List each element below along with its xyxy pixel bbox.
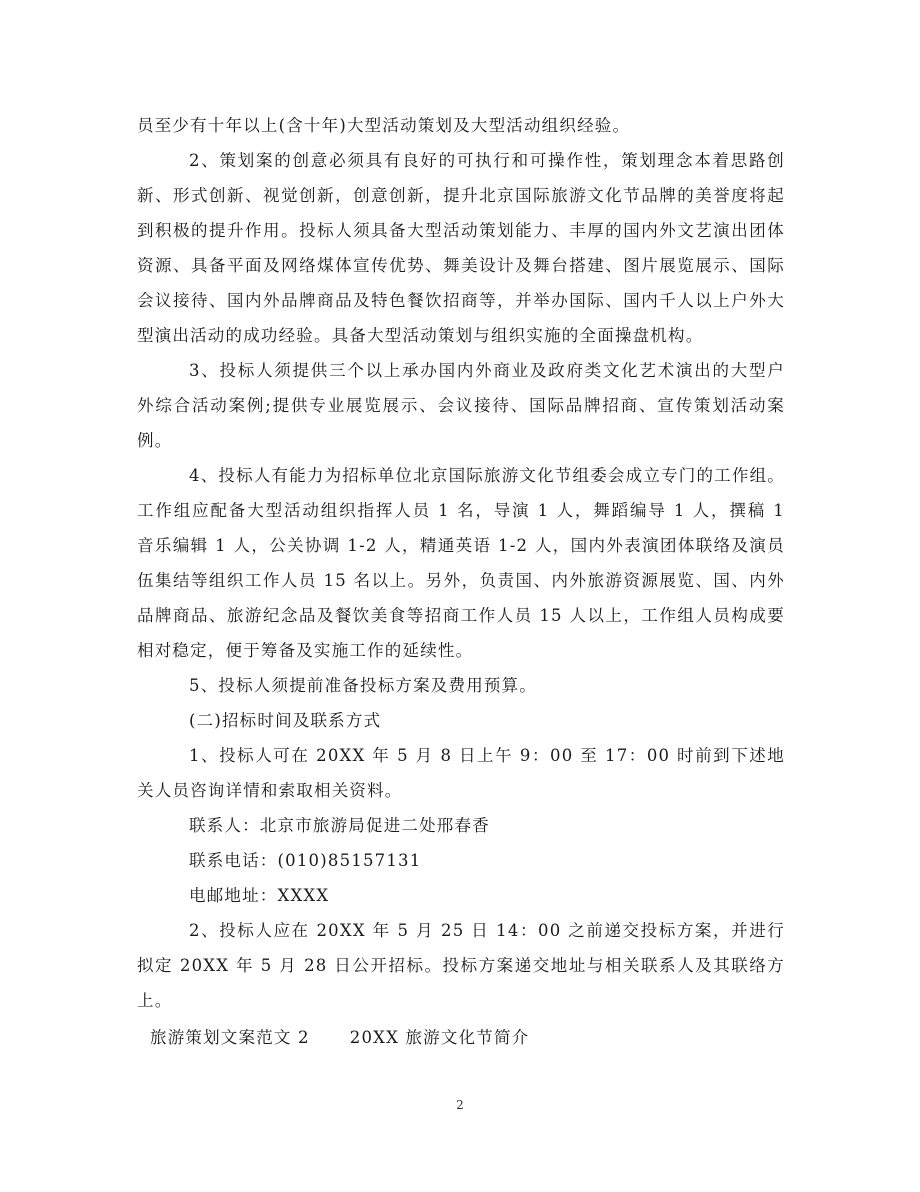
page-number: 2 bbox=[0, 1098, 920, 1112]
text-line: 4、投标人有能力为招标单位北京国际旅游文化节组委会成立专门的工作组。 bbox=[137, 458, 785, 493]
text-line: 例。 bbox=[137, 423, 785, 458]
text-line: 3、投标人须提供三个以上承办国内外商业及政府类文化艺术演出的大型户 bbox=[137, 353, 785, 388]
text-line: 会议接待、国内外品牌商品及特色餐饮招商等，并举办国际、国内千人以上户外大 bbox=[137, 283, 785, 318]
text-line: 关人员咨询详情和索取相关资料。 bbox=[137, 773, 785, 808]
text-line: 工作组应配备大型活动组织指挥人员 1 名，导演 1 人，舞蹈编导 1 人，撰稿 … bbox=[137, 493, 785, 528]
text-line: 到积极的提升作用。投标人须具备大型活动策划能力、丰厚的国内外文艺演出团体 bbox=[137, 213, 785, 248]
text-line: 员至少有十年以上(含十年)大型活动策划及大型活动组织经验。 bbox=[137, 108, 785, 143]
contact-phone: 联系电话：(010)85157131 bbox=[137, 843, 785, 878]
section-title-part2: 20XX 旅游文化节简介 bbox=[350, 1028, 530, 1047]
text-line: 拟定 20XX 年 5 月 28 日公开招标。投标方案递交地址与相关联系人及其联… bbox=[137, 948, 785, 983]
text-line: 资源、具备平面及网络煤体宣传优势、舞美设计及舞台搭建、图片展览展示、国际 bbox=[137, 248, 785, 283]
contact-person: 联系人：北京市旅游局促进二处邢春香 bbox=[137, 808, 785, 843]
section-title-part1: 旅游策划文案范文 2 bbox=[150, 1028, 310, 1047]
text-line: 2、策划案的创意必须具有良好的可执行和可操作性，策划理念本着思路创 bbox=[137, 143, 785, 178]
text-line: 音乐编辑 1 人，公关协调 1-2 人，精通英语 1-2 人，国内外表演团体联络… bbox=[137, 528, 785, 563]
text-line: 1、投标人可在 20XX 年 5 月 8 日上午 9：00 至 17：00 时前… bbox=[137, 738, 785, 773]
text-line: 外综合活动案例;提供专业展览展示、会议接待、国际品牌招商、宣传策划活动案 bbox=[137, 388, 785, 423]
section-title: 旅游策划文案范文 220XX 旅游文化节简介 bbox=[150, 1020, 529, 1055]
text-line: 伍集结等组织工作人员 15 名以上。另外，负责国、内外旅游资源展览、国、内外 bbox=[137, 563, 785, 598]
document-page: 员至少有十年以上(含十年)大型活动策划及大型活动组织经验。 2、策划案的创意必须… bbox=[0, 0, 920, 1192]
text-line: 新、形式创新、视觉创新，创意创新，提升北京国际旅游文化节品牌的美誉度将起 bbox=[137, 178, 785, 213]
text-line: 相对稳定，便于筹备及实施工作的延续性。 bbox=[137, 633, 785, 668]
text-line: 2、投标人应在 20XX 年 5 月 25 日 14：00 之前递交投标方案，并… bbox=[137, 913, 785, 948]
text-line: 上。 bbox=[137, 983, 785, 1018]
contact-email: 电邮地址：XXXX bbox=[137, 878, 785, 913]
section-heading-bidding-time: (二)招标时间及联系方式 bbox=[137, 703, 785, 738]
text-line: 品牌商品、旅游纪念品及餐饮美食等招商工作人员 15 人以上，工作组人员构成要 bbox=[137, 598, 785, 633]
text-line: 型演出活动的成功经验。具备大型活动策划与组织实施的全面操盘机构。 bbox=[137, 318, 785, 353]
text-line: 5、投标人须提前准备投标方案及费用预算。 bbox=[137, 668, 785, 703]
document-body: 员至少有十年以上(含十年)大型活动策划及大型活动组织经验。 2、策划案的创意必须… bbox=[137, 108, 785, 1018]
